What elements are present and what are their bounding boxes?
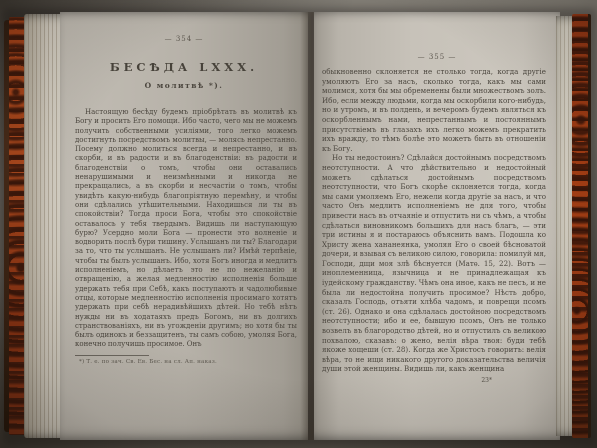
footnote-rule: [75, 355, 149, 356]
open-book: — 354 — БЕСѢДА LXXX. О молитвѣ *). Насто…: [4, 12, 595, 440]
left-page: — 354 — БЕСѢДА LXXX. О молитвѣ *). Насто…: [60, 12, 308, 440]
right-cover-marbled-board: [572, 14, 591, 438]
right-page: — 355 — обыкновенно склоняется не стольк…: [314, 12, 560, 440]
left-page-number: — 354 —: [60, 35, 308, 43]
left-page-paragraph: Настоящую бесѣду будемъ пріобрѣтать въ м…: [75, 108, 297, 350]
right-page-number: — 355 —: [314, 53, 560, 61]
homily-subheading: О молитвѣ *).: [60, 81, 308, 90]
right-page-paragraph: Но ты недостоинъ? Сдѣлайся достойнымъ по…: [322, 153, 546, 374]
homily-heading: БЕСѢДА LXXX.: [60, 60, 308, 74]
book-photo: — 354 — БЕСѢДА LXXX. О молитвѣ *). Насто…: [0, 0, 597, 448]
footnote-text: *) Т. е. по зач. Св. Ев. Бес. на сл. Ап.…: [79, 359, 278, 365]
signature-mark: 23*: [314, 377, 492, 384]
right-page-paragraph-continuation: обыкновенно склоняется не столько тогда,…: [322, 67, 546, 153]
